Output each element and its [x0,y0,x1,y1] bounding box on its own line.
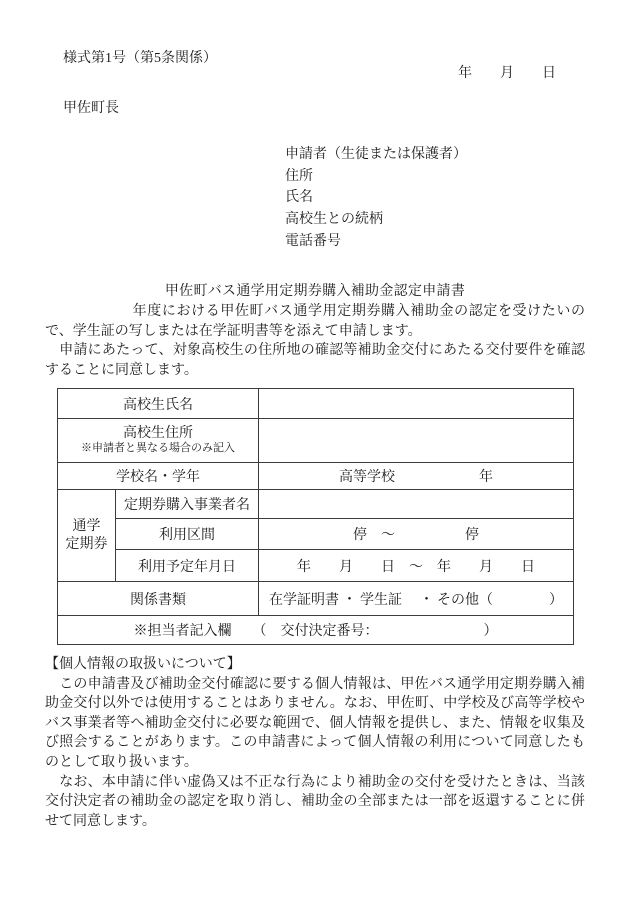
table-row-staff: ※担当者記入欄 （ 交付決定番号： ） [58,616,574,645]
table-row-section: 利用区間 停 ～ 停 [58,519,574,550]
operator-value [259,490,574,519]
staff-entry-cell: ※担当者記入欄 （ 交付決定番号： ） [58,616,574,645]
operator-label: 定期券購入事業者名 [116,490,259,519]
school-value: 高等学校 年 [259,463,574,490]
intro-section: 年度における甲佐町バス通学用定期券購入補助金の認定を受けたいので、学生証の写しま… [45,302,585,380]
commuter-pass-group-line2: 定期券 [58,536,115,554]
privacy-heading: 【個人情報の取扱いについて】 [45,655,585,675]
applicant-address-label: 住所 [285,166,467,188]
table-row-documents: 関係書類 在学証明書 ・ 学生証 ・ その他（ ） [58,582,574,616]
form-title: 甲佐町バス通学用定期券購入補助金認定申請書 [0,280,630,300]
intro-paragraph-1: 年度における甲佐町バス通学用定期券購入補助金の認定を受けたいので、学生証の写しま… [45,302,585,341]
period-value: 年 月 日 ～ 年 月 日 [259,550,574,582]
applicant-phone-label: 電話番号 [285,231,467,253]
table-row-period: 利用予定年月日 年 月 日 ～ 年 月 日 [58,550,574,582]
privacy-section: 【個人情報の取扱いについて】 この申請書及び補助金交付確認に要する個人情報は、甲… [45,655,585,831]
application-form-page: 様式第1号（第5条関係） 年 月 日 甲佐町長 申請者（生徒または保護者） 住所… [0,0,630,903]
applicant-relation-label: 高校生との続柄 [285,209,467,231]
period-label: 利用予定年月日 [116,550,259,582]
student-address-label-cell: 高校生住所 ※申請者と異なる場合のみ記入 [58,419,259,463]
date-line: 年 月 日 [458,62,556,82]
applicant-heading: 申請者（生徒または保護者） [285,144,467,166]
table-row-operator: 通学 定期券 定期券購入事業者名 [58,490,574,519]
applicant-name-label: 氏名 [285,187,467,209]
form-number: 様式第1号（第5条関係） [63,47,217,67]
section-label: 利用区間 [116,519,259,550]
school-label: 学校名・学年 [58,463,259,490]
section-value: 停 ～ 停 [259,519,574,550]
student-address-note: ※申請者と異なる場合のみ記入 [58,442,258,455]
table-row-student-address: 高校生住所 ※申請者と異なる場合のみ記入 [58,419,574,463]
student-name-value [259,389,574,419]
commuter-pass-group-line1: 通学 [58,518,115,536]
addressee: 甲佐町長 [63,97,119,117]
documents-value: 在学証明書 ・ 学生証 ・ その他（ ） [259,582,574,616]
documents-label: 関係書類 [58,582,259,616]
student-address-value [259,419,574,463]
commuter-pass-group-cell: 通学 定期券 [58,490,116,582]
application-table: 高校生氏名 高校生住所 ※申請者と異なる場合のみ記入 学校名・学年 高等学校 年… [57,388,574,645]
applicant-block: 申請者（生徒または保護者） 住所 氏名 高校生との続柄 電話番号 [285,144,467,253]
student-address-label: 高校生住所 [58,426,258,442]
privacy-paragraph-1: この申請書及び補助金交付確認に要する個人情報は、甲佐バス通学用定期券購入補助金交… [45,675,585,773]
intro-paragraph-2: 申請にあたって、対象高校生の住所地の確認等補助金交付にあたる交付要件を確認するこ… [45,341,585,380]
table-row-student-name: 高校生氏名 [58,389,574,419]
student-name-label: 高校生氏名 [58,389,259,419]
privacy-paragraph-2: なお、本申請に伴い虚偽又は不正な行為により補助金の交付を受けたときは、当該交付決… [45,773,585,832]
table-row-school: 学校名・学年 高等学校 年 [58,463,574,490]
